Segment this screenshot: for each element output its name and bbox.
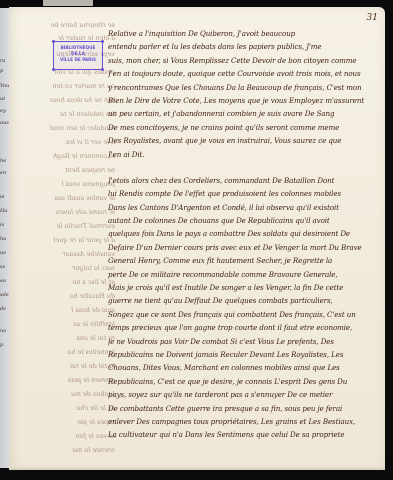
text-line: Mais je crois qu'il est Inutile De songe… bbox=[108, 281, 380, 294]
text-line: J'en ai toujours doute, quoique cette Co… bbox=[108, 67, 380, 80]
bleed-through-text: a le ver il vi les bbox=[19, 139, 115, 145]
bleed-through-text: nrenee lu ma bbox=[19, 447, 115, 453]
margin-fragment: ss bbox=[0, 264, 5, 270]
text-line: Chouans, Dites Vous, Marchant en colonne… bbox=[108, 361, 380, 374]
bleed-through-text: tandalec le sen nout bbox=[19, 125, 115, 131]
text-line: De mes concitoyens, je ne crains point q… bbox=[108, 121, 380, 134]
text-line: J'etois alors chez des Cordeliers, comma… bbox=[108, 174, 380, 187]
text-line: y rencontrames Que les Chouans Da la Bea… bbox=[108, 81, 380, 94]
bleed-through-text: ron ne ha deus bouz bbox=[19, 97, 115, 103]
page-bottom-edge bbox=[9, 468, 385, 470]
bleed-through-text: prugmens vous l bbox=[19, 181, 115, 187]
bleed-through-text: lanthlin le sa bbox=[19, 321, 115, 327]
margin-fragment: ha bbox=[0, 236, 6, 242]
text-line: perte De ce militaire recommandable comm… bbox=[108, 268, 380, 281]
margin-fragment: ey bbox=[0, 108, 6, 114]
bleed-through-text: repes le pie bbox=[19, 419, 115, 425]
margin-fragment: sde bbox=[0, 292, 9, 298]
bleed-through-text: les indaison le ta bbox=[19, 111, 115, 117]
text-line: pays, soyez sur qu'ils ne tarderont pas … bbox=[108, 388, 380, 401]
bleed-through-text: la vea le fan bbox=[19, 433, 115, 439]
margin-fragment: p bbox=[0, 68, 3, 74]
bleed-through-text: eurrmal Tracilo le bbox=[19, 223, 115, 229]
bleed-through-text: vanslebe Assaar bbox=[19, 251, 115, 257]
margin-fragment: de bbox=[0, 306, 6, 312]
text-line: Songez que ce sont Des français qui comb… bbox=[108, 308, 380, 321]
margin-fragment: no bbox=[0, 328, 6, 334]
margin-fragment: Vou bbox=[0, 83, 9, 89]
text-line: Bien le Dire de Votre Cote, Les moyens q… bbox=[108, 94, 380, 107]
text-line: Des Royalistes, avant que je vous en ins… bbox=[108, 134, 380, 147]
margin-fragment: ue bbox=[0, 250, 6, 256]
bleed-through-text: le rasmi aile laveu bbox=[19, 209, 115, 215]
library-stamp: BIBLIOTHÈQUE DE LA VILLE DE PARIS bbox=[53, 41, 103, 70]
margin-fragment: Ha bbox=[0, 208, 7, 214]
text-line: De combattants Cette guerre ira presque … bbox=[108, 402, 380, 415]
text-line: General Henry, Comme eux fit hautement S… bbox=[108, 254, 380, 267]
bleed-through-text: ra toi le ans bbox=[19, 335, 115, 341]
margin-fragment: he bbox=[0, 158, 6, 164]
bleed-through-text: sa le ile cha bbox=[19, 405, 115, 411]
text-line: La cultivateur qui n'a Dans les Sentimen… bbox=[108, 428, 380, 441]
text-line: autant De colonnes De chouans que De Rep… bbox=[108, 214, 380, 227]
margin-fragment: ut bbox=[0, 96, 5, 102]
bleed-through-text: at le lisc s no bbox=[19, 279, 115, 285]
margin-fragment: ea bbox=[0, 278, 6, 284]
stamp-corner bbox=[52, 68, 55, 71]
bleed-through-text: ou re marler co ten bbox=[19, 83, 115, 89]
bleed-through-text: ommen le pois bbox=[19, 377, 115, 383]
margin-fragment: ie bbox=[0, 194, 5, 200]
bleed-through-text: l tabao de ma bbox=[19, 391, 115, 397]
page-number: 31 bbox=[367, 13, 378, 23]
text-line: Republicains, C'est ce que je desire, je… bbox=[108, 375, 380, 388]
text-line: entendu parler et lu les debats dans les… bbox=[108, 40, 380, 53]
text-line: je ne Voudrois pas Voir De combat Si c'e… bbox=[108, 335, 380, 348]
margin-fragment: is bbox=[0, 222, 4, 228]
scan-background: ra p Vou ut ey ous he en ie Ha is ha ue … bbox=[0, 0, 393, 480]
bleed-through-text: du Hazalte ha bbox=[19, 293, 115, 299]
text-line: J'en ai Dit. bbox=[108, 148, 380, 161]
stamp-corner bbox=[101, 40, 104, 43]
text-line: Defaire D'un Dernier cours pris avec eux… bbox=[108, 241, 380, 254]
margin-fragment: ous bbox=[0, 120, 9, 126]
margin-fragment: p bbox=[0, 342, 3, 348]
text-line: Republicains ne Doivent jamais Reculer D… bbox=[108, 348, 380, 361]
bleed-through-text: le commen le Ragh bbox=[19, 153, 115, 159]
text-line: temps precieux que l'on gagne trop court… bbox=[108, 321, 380, 334]
bleed-through-text: ausi de boss l bbox=[19, 307, 115, 313]
bleed-through-text: ne respais bent bbox=[19, 167, 115, 173]
bleed-through-text: naiz la tolgor bbox=[19, 265, 115, 271]
text-line: enlever Des campagnes tous propriétaires… bbox=[108, 415, 380, 428]
stamp-corner bbox=[52, 40, 55, 43]
bleed-through-text: se ritourna baire be bbox=[19, 22, 115, 28]
manuscript-page: se ritourna baire be a elen le raster le… bbox=[9, 7, 385, 470]
text-line: un peu certain, et j'abandonnerai combie… bbox=[108, 107, 380, 120]
manuscript-body: Relative a l'inquisition De Quiberon, J'… bbox=[108, 27, 380, 442]
text-line: guerre ne tient qu'au Deffaut De quelque… bbox=[108, 294, 380, 307]
margin-fragment: ra bbox=[0, 58, 5, 64]
margin-fragment: en bbox=[0, 170, 6, 176]
bleed-through-text: le vanlos ausdi uss bbox=[19, 195, 115, 201]
bleed-through-text: tanneiles le ha bbox=[19, 349, 115, 355]
text-line: lui Rendis compte De l'effet que produis… bbox=[108, 187, 380, 200]
text-line: quelques fois Dans le pays a combattre D… bbox=[108, 227, 380, 240]
scanner-edge-strip bbox=[43, 0, 93, 6]
text-line: Dans les Cantons D'Argenton et Condé, il… bbox=[108, 201, 380, 214]
bleed-through-text: la tol de le rai bbox=[19, 363, 115, 369]
text-line: suis, mon cher, si Vous Remplissez Cette… bbox=[108, 54, 380, 67]
stamp-corner bbox=[101, 68, 104, 71]
bleed-through-text: a le pour la re quel bbox=[19, 237, 115, 243]
text-line: Relative a l'inquisition De Quiberon, J'… bbox=[108, 27, 380, 40]
stamp-line: VILLE DE PARIS bbox=[54, 57, 102, 63]
